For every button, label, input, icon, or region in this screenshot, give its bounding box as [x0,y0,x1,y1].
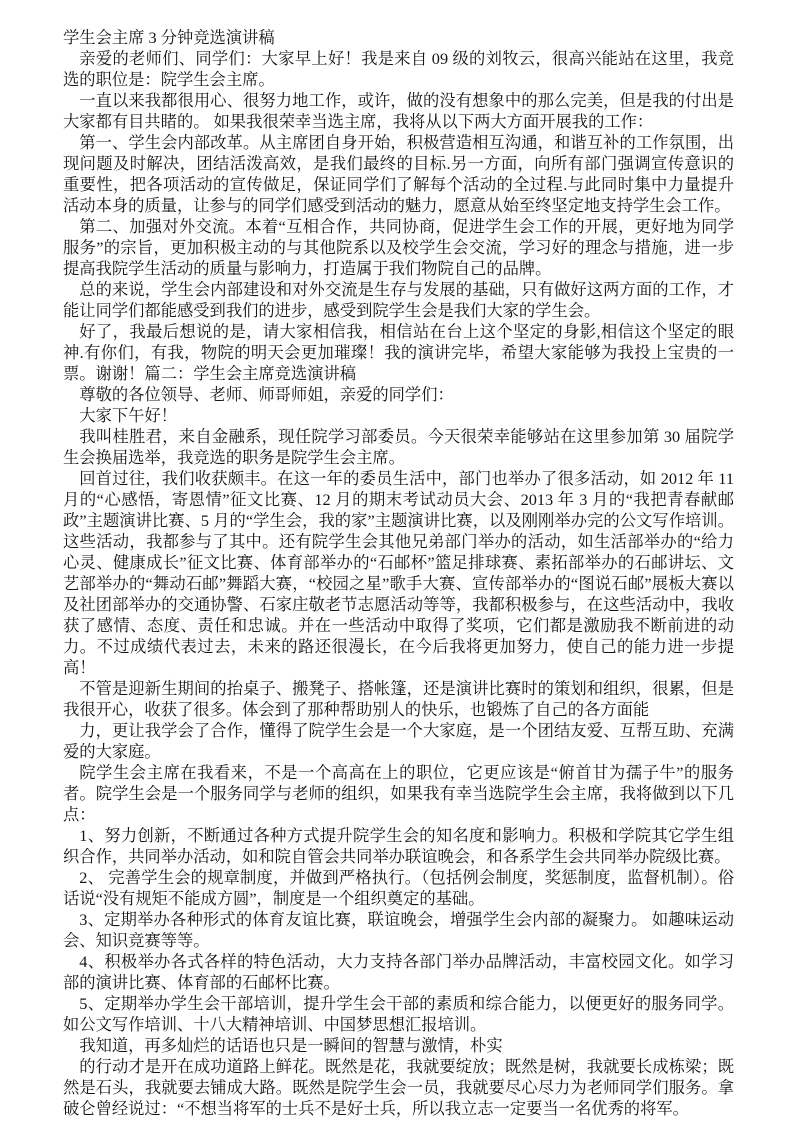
paragraph-good-afternoon: 大家下午好！ [63,405,734,426]
paragraph-closing-2: 的行动才是开在成功道路上鲜花。既然是花，我就要绽放；既然是树，我就要长成栋梁；既… [63,1056,734,1119]
document-title: 学生会主席 3 分钟竞选演讲稿 [63,27,734,48]
paragraph-point-one: 第一、学生会内部改革。从主席团自身开始，积极营造相互沟通，和谐互补的工作氛围，出… [63,132,734,216]
paragraph-point-two: 第二、加强对外交流。本着“互相合作，共同协商，促进学生会工作的开展，更好地为同学… [63,216,734,279]
paragraph-greeting-2: 尊敬的各位领导、老师、师哥师姐，亲爱的同学们： [63,384,734,405]
paragraph-experience-1: 不管是迎新生期间的抬桌子、搬凳子、搭帐篷，还是演讲比赛时的策划和组织，很累，但是… [63,678,734,720]
paragraph-experience-2: 力，更让我学会了合作，懂得了院学生会是一个大家庭，是一个团结友爱、互帮互助、充满… [63,720,734,762]
paragraph-closing-1: 我知道，再多灿烂的话语也只是一瞬间的智慧与激情，朴实 [63,1035,734,1056]
paragraph-summary: 总的来说，学生会内部建设和对外交流是生存与发展的基础，只有做好这两方面的工作，才… [63,279,734,321]
paragraph-plan-4: 4、积极举办各式各样的特色活动，大力支持各部门举办品牌活动，丰富校园文化。如学习… [63,951,734,993]
paragraph-plan-1: 1、努力创新，不断通过各种方式提升院学生会的知名度和影响力。积极和学院其它学生组… [63,825,734,867]
paragraph-greeting-1: 亲爱的老师们、同学们：大家早上好！我是来自 09 级的刘牧云，很高兴能站在这里，… [63,48,734,90]
paragraph-closing-speech-one: 好了，我最后想说的是，请大家相信我，相信站在台上这个坚定的身影,相信这个坚定的眼… [63,321,734,384]
paragraph-past-activities: 回首过往，我们收获颇丰。在这一年的委员生活中，部门也举办了很多活动，如 2012… [63,468,734,678]
paragraph-plan-3: 3、定期举办各种形式的体育友谊比赛，联谊晚会，增强学生会内部的凝聚力。 如趣味运… [63,909,734,951]
paragraph-president-view: 院学生会主席在我看来，不是一个高高在上的职位，它更应该是“俯首甘为孺子牛”的服务… [63,762,734,825]
paragraph-plan-5: 5、定期举办学生会干部培训，提升学生会干部的素质和综合能力，以便更好的服务同学。… [63,993,734,1035]
document-page: 学生会主席 3 分钟竞选演讲稿 亲爱的老师们、同学们：大家早上好！我是来自 09… [0,0,794,1123]
paragraph-plan-2: 2、 完善学生会的规章制度，并做到严格执行。（包括例会制度，奖惩制度，监督机制）… [63,867,734,909]
paragraph-self-introduction: 我叫桂胜君，来自金融系，现任院学习部委员。今天很荣幸能够站在这里参加第 30 届… [63,426,734,468]
paragraph-intro-work: 一直以来我都很用心、很努力地工作，或许，做的没有想象中的那么完美，但是我的付出是… [63,90,734,132]
